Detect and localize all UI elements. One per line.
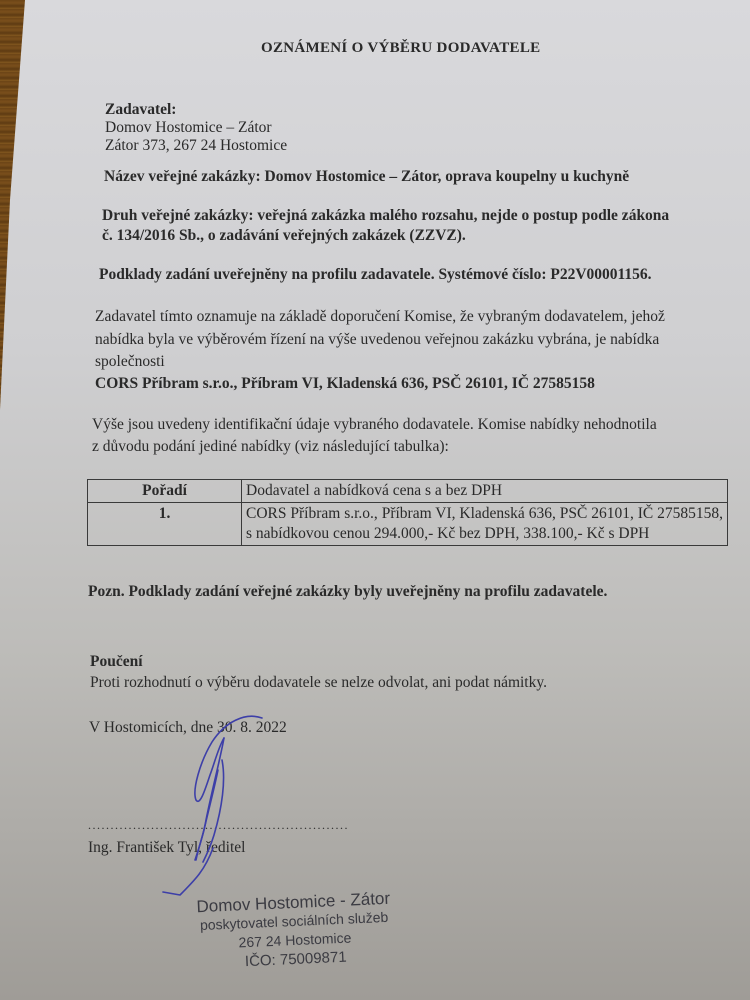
document: OZNÁMENÍ O VÝBĚRU DODAVATELE Zadavatel: … bbox=[0, 0, 750, 1000]
handwritten-signature bbox=[0, 0, 750, 1000]
